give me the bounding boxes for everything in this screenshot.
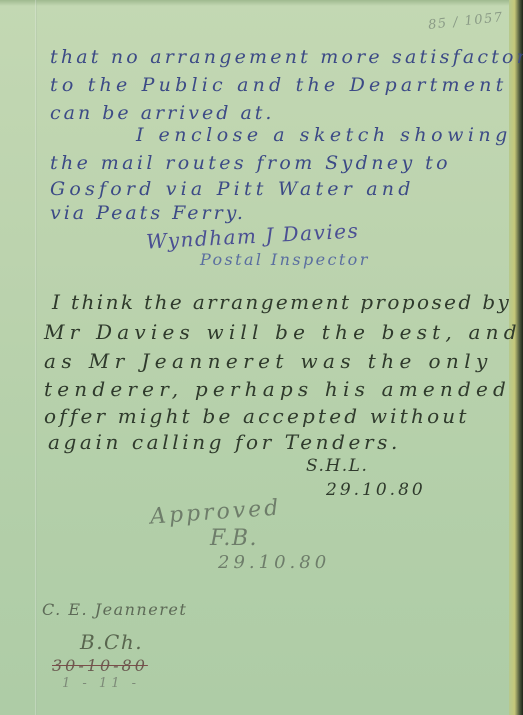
minute-line: again calling for Tenders. <box>48 430 401 454</box>
letter-line: Gosford via Pitt Water and <box>50 178 415 200</box>
minute-line: offer might be accepted without <box>44 404 470 428</box>
footer-name: C. E. Jeanneret <box>42 600 187 619</box>
paper-top-edge <box>0 0 523 6</box>
letter-line: the mail routes from Sydney to <box>50 152 451 174</box>
approval-date: 29.10.80 <box>218 552 330 573</box>
footer-corrected-date: 1 - 11 - <box>62 676 140 691</box>
minute-line: tenderer, perhaps his amended <box>44 377 511 401</box>
letter-line: via Peats Ferry. <box>50 202 246 224</box>
paper-binding-edge <box>509 0 523 715</box>
letter-line: to the Public and the Department <box>50 74 507 96</box>
minute-date: 29.10.80 <box>326 480 426 500</box>
letter-line: I enclose a sketch showing <box>136 124 512 146</box>
approval-text: Approved <box>149 495 282 529</box>
minute-line: as Mr Jeanneret was the only <box>44 349 493 373</box>
signature-title: Postal Inspector <box>200 250 370 269</box>
margin-rule <box>35 0 37 715</box>
document-page: 85 / 1057 that no arrangement more satis… <box>0 0 523 715</box>
minute-initials: S.H.L. <box>306 456 368 476</box>
approval-initials: F.B. <box>210 526 258 551</box>
footer-initials: B.Ch. <box>80 630 143 654</box>
minute-line: Mr Davies will be the best, and <box>44 320 522 344</box>
footer-struck-date: 30-10-80 <box>52 656 148 675</box>
minute-line: I think the arrangement proposed by <box>52 290 511 314</box>
letter-line: that no arrangement more satisfactory <box>50 46 523 68</box>
reference-number: 85 / 1057 <box>427 10 504 33</box>
letter-line: can be arrived at. <box>50 102 274 124</box>
